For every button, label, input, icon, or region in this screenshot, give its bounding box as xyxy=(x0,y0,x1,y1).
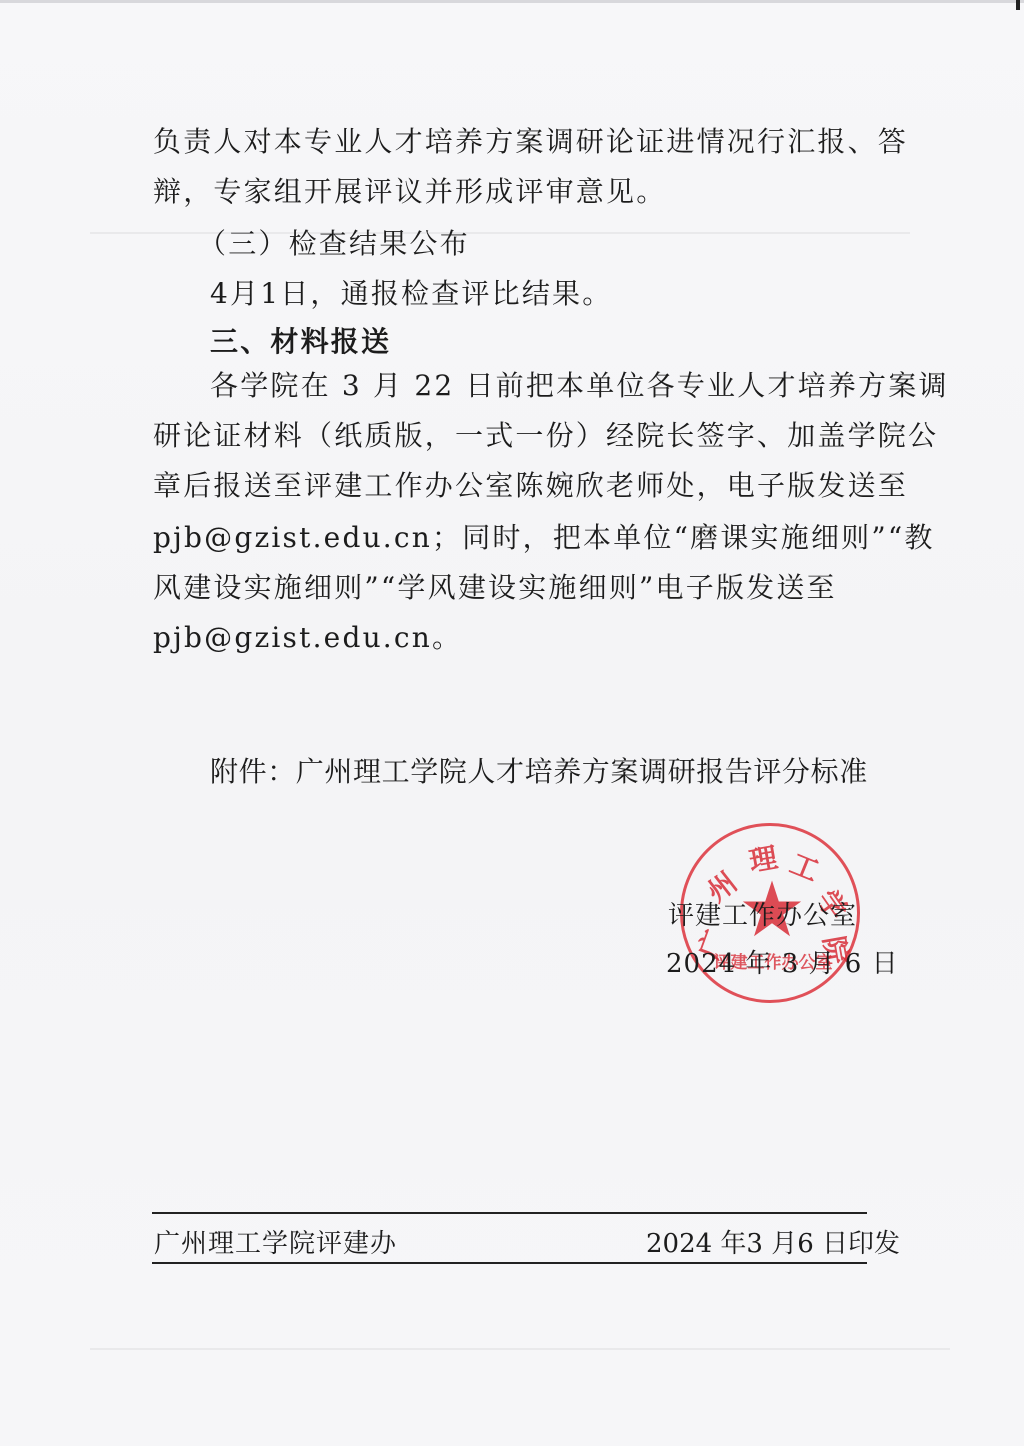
signature-office: 评建工作办公室 xyxy=(668,898,857,934)
email-line: pjb@gzist.edu.cn。 xyxy=(153,618,462,658)
scan-corner-mark xyxy=(1016,0,1020,10)
document-page: 负责人对本专业人才培养方案调研论证进情况行汇报、答 辩，专家组开展评议并形成评审… xyxy=(0,0,1024,1446)
signature-date: 2024 年 3 月 6 日 xyxy=(666,946,899,982)
subheading: （三）检查结果公布 xyxy=(198,224,470,264)
section-heading: 三、材料报送 xyxy=(210,322,391,362)
paragraph-line: 研论证材料（纸质版，一式一份）经院长签字、加盖学院公 xyxy=(153,416,938,456)
footer-bottom-rule xyxy=(152,1262,867,1264)
scan-top-edge xyxy=(0,0,1024,3)
paragraph-line: 负责人对本专业人才培养方案调研论证进情况行汇报、答 xyxy=(153,122,908,162)
attachment-line: 附件：广州理工学院人才培养方案调研报告评分标准 xyxy=(210,752,868,792)
paragraph-line: 风建设实施细则”“学风建设实施细则”电子版发送至 xyxy=(153,568,837,608)
paragraph-line: 辩，专家组开展评议并形成评审意见。 xyxy=(153,172,666,212)
paragraph-line: 4月1日，通报检查评比结果。 xyxy=(210,274,612,314)
paragraph-line: 章后报送至评建工作办公室陈婉欣老师处，电子版发送至 xyxy=(153,466,908,506)
footer-top-rule xyxy=(152,1212,867,1214)
paragraph-line: 各学院在 3 月 22 日前把本单位各专业人才培养方案调 xyxy=(210,366,949,406)
paragraph-line: pjb@gzist.edu.cn；同时，把本单位“磨课实施细则”“教 xyxy=(153,518,935,558)
seal-char: 理 xyxy=(746,836,781,880)
show-through-line xyxy=(90,1348,950,1350)
footer-issuer: 广州理工学院评建办 xyxy=(154,1226,397,1262)
footer-issue-date: 2024 年3 月6 日印发 xyxy=(646,1226,900,1262)
